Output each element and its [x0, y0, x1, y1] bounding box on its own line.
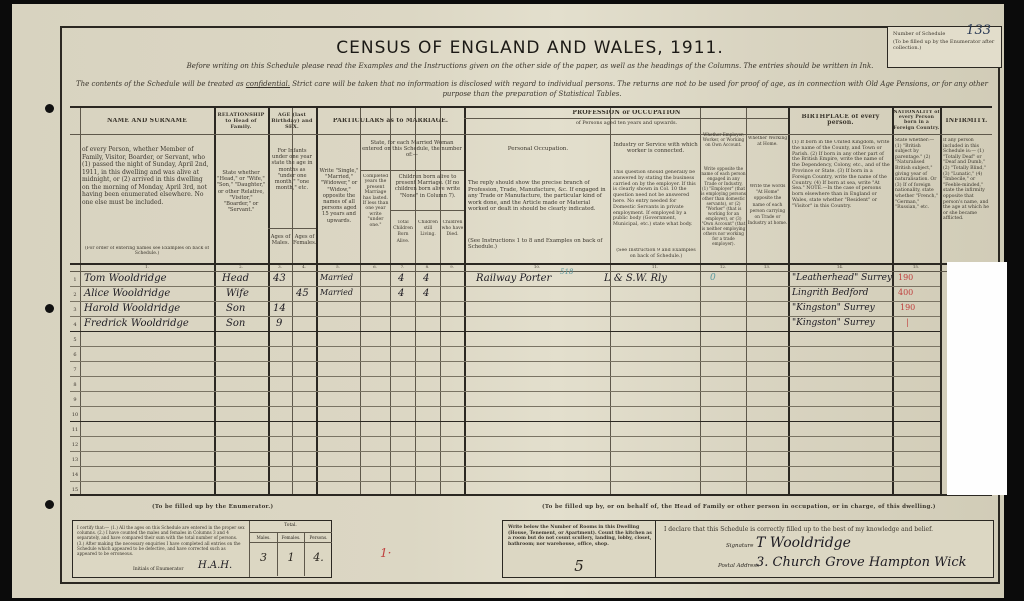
rooms-box: Write below the Number of Rooms in this … [502, 520, 656, 578]
row-number: 7 [70, 367, 80, 373]
table-row: 12 [70, 437, 940, 452]
totals-table: Total. Males. 3 Females. 1 Persons. 4. [249, 521, 331, 577]
table-row: 5 [70, 332, 940, 347]
header-relationship-instructions: State whether "Head," or "Wife," "Son," … [215, 170, 267, 213]
row-number: 6 [70, 352, 80, 358]
column-number: 8. [415, 264, 440, 272]
table-row: 4 Fredrick Wooldridge Son 9 "Kingston" S… [70, 317, 940, 332]
table-row: 15 [70, 482, 940, 497]
row-number: 4 [70, 322, 80, 328]
row-number: 2 [70, 292, 80, 298]
header-at-home-instructions: Write the words "At Home" opposite the n… [747, 184, 788, 227]
header-personal-note: (See Instructions 1 to 8 and Examples on… [468, 238, 608, 250]
females-label: Females. [278, 533, 304, 543]
column-number: 9. [440, 264, 464, 272]
cell-birthplace: "Kingston" Surrey [792, 303, 875, 313]
cell-children-total: 4 [398, 273, 404, 284]
cell-condition: Married [320, 288, 353, 297]
header-industry-instructions: This question should generally be answer… [613, 170, 699, 228]
confidential-text-2: Strict care will be taken that no inform… [290, 80, 988, 98]
confidentiality-notice: The contents of the Schedule will be tre… [72, 79, 992, 99]
cell-condition: Married [320, 273, 353, 282]
row-number: 11 [70, 427, 80, 433]
census-table: NAME AND SURNAME of every Person, whethe… [70, 106, 992, 496]
declaration-text: I declare that this Schedule is correctl… [664, 526, 933, 533]
row-number: 1 [70, 277, 80, 283]
header-personal-instructions: The reply should show the precise branch… [468, 180, 608, 213]
cell-children-living: 4 [423, 288, 429, 299]
rooms-instructions: Write below the Number of Rooms in this … [508, 525, 654, 547]
cell-birthplace-code: 400 [898, 288, 913, 297]
cell-children-living: 4 [423, 273, 429, 284]
table-row: 3 Harold Wooldridge Son 14 "Kingston" Su… [70, 302, 940, 317]
cell-occupation-code: 518 [560, 268, 573, 276]
row-number: 13 [70, 457, 80, 463]
header-birthplace: BIRTHPLACE of every person. [789, 114, 892, 126]
header-ages-females: Ages of Females. [293, 234, 316, 246]
header-name-note: (For order of entering names see Example… [82, 246, 212, 256]
cell-age-male: 9 [276, 318, 282, 329]
cell-relationship: Wife [226, 288, 249, 299]
header-name: NAME AND SURNAME [80, 118, 214, 124]
form-frame: CENSUS OF ENGLAND AND WALES, 1911. Befor… [60, 26, 1000, 584]
postal-address-value: 3. Church Grove Hampton Wick [756, 555, 967, 570]
header-marriage-years: Completed years the present Marriage has… [361, 174, 390, 228]
table-row: 2 Alice Wooldridge Wife 45 Married 4 4 L… [70, 287, 940, 302]
males-label: Males. [250, 533, 277, 543]
rooms-value: 5 [503, 557, 655, 575]
header-infirmity: INFIRMITY. [941, 118, 992, 124]
header-at-home: Whether Working at Home. [747, 136, 788, 148]
males-value: 3 [250, 543, 277, 564]
header-relationship: RELATIONSHIP to Head of Family. [215, 112, 267, 131]
schedule-number-value: 133 [966, 28, 991, 34]
header-birthplace-instructions: (1) If born in the United Kingdom, write… [792, 140, 890, 210]
household-heading: (To be filled up by, or on behalf of, th… [542, 504, 936, 510]
census-schedule-page: CENSUS OF ENGLAND AND WALES, 1911. Befor… [12, 4, 1004, 598]
cell-children-total: 4 [398, 288, 404, 299]
initials-value: H.A.H. [198, 560, 232, 571]
header-employer-instructions: Write opposite the name of each person e… [701, 166, 746, 246]
cell-relationship: Son [226, 318, 245, 329]
column-number: 4. [292, 264, 316, 272]
totals-heading: Total. [250, 523, 331, 528]
binder-hole [45, 304, 54, 313]
column-number: 12. [700, 264, 746, 272]
cell-industry: L & S.W. Rly [604, 273, 667, 284]
table-row: 11 [70, 422, 940, 437]
column-number: 3. [268, 264, 292, 272]
column-number: 5. [316, 264, 360, 272]
schedule-number-note: (To be filled up by the Enumerator after… [893, 39, 996, 51]
header-marriage: PARTICULARS as to MARRIAGE. [317, 118, 464, 124]
postal-address-label: Postal Address [718, 563, 759, 569]
header-children-total: Total Children Born Alive. [391, 220, 415, 245]
header-industry: Industry or Service with which worker is… [611, 142, 700, 154]
redaction-patch [947, 262, 1007, 495]
document-title: CENSUS OF ENGLAND AND WALES, 1911. [62, 38, 998, 58]
row-number: 14 [70, 472, 80, 478]
column-number: 6. [360, 264, 390, 272]
header-industry-note: (See Instruction 9 and Examples on back … [613, 248, 699, 260]
row-number: 12 [70, 442, 80, 448]
cell-age-male: 43 [273, 273, 286, 284]
header-ages-males: Ages of Males. [269, 234, 292, 246]
column-number: 1. [80, 264, 214, 272]
total-females: Females. 1 [277, 532, 304, 576]
cell-birthplace-code: 190 [898, 273, 913, 282]
enumerator-certification-box: I certify that:— (1.) All the ages on th… [72, 520, 332, 578]
table-row: 10 [70, 407, 940, 422]
header-employer: Whether Employer, Worker, or Working on … [701, 132, 746, 147]
cell-relationship: Head [222, 273, 249, 284]
row-number: 9 [70, 397, 80, 403]
cell-relationship: Son [226, 303, 245, 314]
table-row: 14 [70, 467, 940, 482]
row-number: 10 [70, 412, 80, 418]
cell-birthplace: "Leatherhead" Surrey [792, 273, 892, 283]
header-marriage-condition: Write "Single," "Married," "Widower," or… [318, 168, 360, 224]
cell-name: Tom Wooldridge [84, 273, 167, 284]
enumerator-heading: (To be filled up by the Enumerator.) [152, 504, 273, 510]
signature-label: Signature [726, 543, 754, 549]
header-children-living: Children still Living. [416, 220, 440, 239]
persons-label: Persons. [305, 533, 332, 543]
total-persons: Persons. 4. [304, 532, 332, 576]
cell-name: Harold Wooldridge [84, 303, 180, 314]
cell-birthplace-code: 190 [900, 303, 915, 312]
cell-occupation: Railway Porter [476, 273, 551, 284]
cell-name: Alice Wooldridge [84, 288, 170, 299]
column-number: 14. [788, 264, 892, 272]
row-number: 5 [70, 337, 80, 343]
binder-hole [45, 104, 54, 113]
confidential-text: The contents of the Schedule will be tre… [76, 80, 246, 88]
table-row: 1 Tom Wooldridge Head 43 Married 4 4 Rai… [70, 272, 940, 287]
red-annotation: 1· [380, 546, 391, 560]
column-number: 2. [214, 264, 268, 272]
header-name-instructions: of every Person, whether Member of Famil… [82, 146, 212, 206]
initials-label: Initials of Enumerator [133, 567, 184, 572]
table-row: 8 [70, 377, 940, 392]
header-occupation-subtitle: of Persons aged ten years and upwards. [465, 120, 788, 126]
cell-age-male: 14 [273, 303, 286, 314]
header-personal-occupation: Personal Occupation. [466, 146, 610, 152]
declaration-box: I declare that this Schedule is correctl… [656, 520, 994, 578]
cell-employer: 0 [710, 273, 716, 283]
column-number: 15. [892, 264, 940, 272]
header-children-died: Children who have Died. [441, 220, 464, 239]
header-occupation: PROFESSION or OCCUPATION [465, 110, 788, 116]
header-age-instructions: For Infants under one year state the age… [269, 148, 315, 191]
table-row: 13 [70, 452, 940, 467]
header-children-born: Children born alive to present Marriage.… [391, 174, 464, 199]
signature-value: T Wooldridge [756, 535, 851, 551]
column-number: 11. [610, 264, 700, 272]
row-number: 15 [70, 487, 80, 493]
header-married-woman: State, for each Married Woman entered on… [362, 140, 462, 159]
header-nationality-instructions: State whether:— (1) "British subject by … [895, 138, 939, 211]
column-number: 13. [746, 264, 788, 272]
row-number: 8 [70, 382, 80, 388]
persons-value: 4. [305, 543, 332, 564]
total-males: Males. 3 [250, 532, 277, 576]
header-infirmity-instructions: If any person included in this Schedule … [943, 138, 991, 222]
table-row: 6 [70, 347, 940, 362]
instruction-line: Before writing on this Schedule please r… [62, 62, 998, 70]
enumerator-certify-text: I certify that:— (1.) All the ages on th… [77, 525, 245, 556]
cell-birthplace: Lingrith Bedford [792, 288, 868, 298]
table-row: 7 [70, 362, 940, 377]
column-number: 7. [390, 264, 415, 272]
header-nationality: NATIONALITY of every Person born in a Fo… [893, 110, 940, 131]
confidential-word: confidential. [246, 80, 290, 88]
cell-name: Fredrick Wooldridge [84, 318, 189, 329]
binder-hole [45, 500, 54, 509]
cell-birthplace: "Kingston" Surrey [792, 318, 875, 328]
cell-age-female: 45 [296, 288, 309, 299]
table-row: 9 [70, 392, 940, 407]
column-number: 10. [464, 264, 610, 272]
row-number: 3 [70, 307, 80, 313]
females-value: 1 [278, 543, 304, 564]
schedule-number-box: Number of Schedule (To be filled up by t… [887, 26, 1002, 68]
cell-birthplace-code: | [906, 318, 909, 327]
header-age: AGE (last Birthday) and SEX. [269, 112, 315, 131]
